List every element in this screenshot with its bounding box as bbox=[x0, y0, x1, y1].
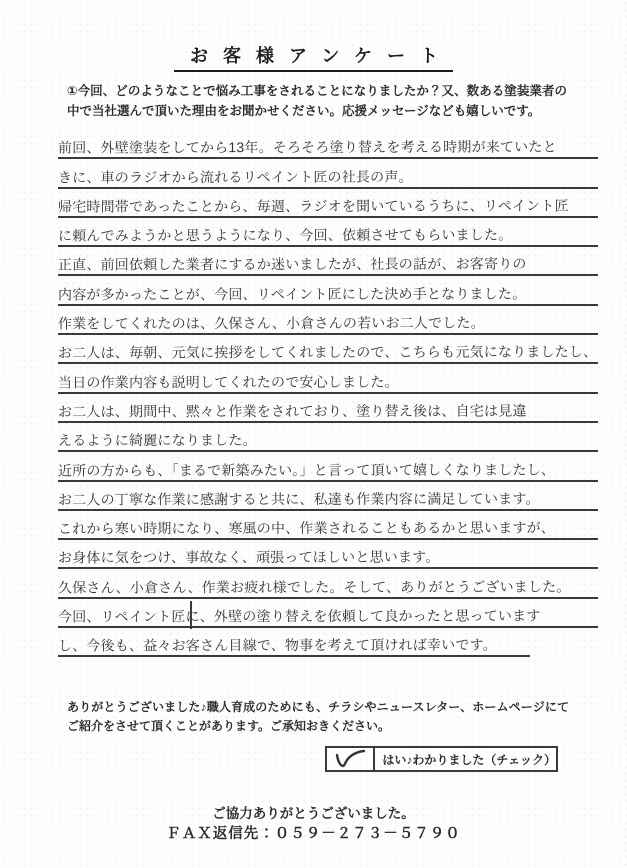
handwritten-line: 近所の方からも、「まるで新築みたい。」と言って頂いて嬉しくなりましたし、 bbox=[58, 452, 598, 481]
handwritten-line: えるように綺麗になりました。 bbox=[58, 423, 598, 452]
handwritten-text: きに、車のラジオから流れるリペイント匠の社長の声。 bbox=[58, 169, 413, 187]
handwritten-text: 近所の方からも、「まるで新築みたい。」と言って頂いて嬉しくなりましたし、 bbox=[58, 462, 555, 480]
handwritten-text: お二人は、期間中、黙々と作業をされており、塗り替え後は、自宅は見違 bbox=[58, 403, 527, 421]
handwritten-text: 帰宅時間帯であったことから、毎週、ラジオを聞いているうちに、リペイント匠 bbox=[58, 198, 569, 216]
handwritten-line: お身体に気をつけ、事故なく、頑張ってほしいと思います。 bbox=[58, 540, 598, 569]
handwritten-line: 当日の作業内容も説明してくれたので安心しました。 bbox=[58, 364, 598, 393]
notice-text: ありがとうございました♪職人育成のためにも、チラシやニュースレター、ホームページ… bbox=[67, 698, 569, 736]
handwritten-check-icon bbox=[333, 749, 367, 769]
handwritten-line: 作業をしてくれたのは、久保さん、小倉さんの若いお二人でした。 bbox=[58, 306, 598, 335]
answer-area[interactable]: 前回、外壁塗装をしてから13年。そろそろ塗り替えを考える時期が来ていたと きに、… bbox=[58, 130, 598, 657]
handwritten-text: 正直、前回依頼した業者にするか迷いましたが、社長の話が、お客寄りの bbox=[58, 257, 527, 275]
page-title: お客様アンケート bbox=[174, 42, 453, 72]
page-title-row: お客様アンケート bbox=[0, 42, 627, 72]
handwritten-text: に頼んでみようかと思うようになり、今回、依頼させてもらいました。 bbox=[58, 228, 512, 246]
handwritten-line: 帰宅時間帯であったことから、毎週、ラジオを聞いているうちに、リペイント匠 bbox=[58, 189, 598, 218]
handwritten-text: し、今後も、益々お客さん目線で、物事を考えて頂ければ幸いです。 bbox=[58, 638, 497, 656]
closing-thanks: ご協力ありがとうございました。 bbox=[0, 802, 627, 822]
handwritten-text: 今回、リペイント匠に、外壁の塗り替えを依頼して良かったと思っています bbox=[58, 609, 541, 627]
handwritten-line: 内容が多かったことが、今回、リペイント匠にした決め手となりました。 bbox=[58, 276, 598, 305]
handwritten-text: お二人の丁寧な作業に感謝すると共に、私達も作業内容に満足しています。 bbox=[58, 491, 540, 509]
handwritten-line: これから寒い時期になり、寒風の中、作業されることもあるかと思いますが、 bbox=[58, 511, 598, 540]
handwritten-line: 正直、前回依頼した業者にするか迷いましたが、社長の話が、お客寄りの bbox=[58, 247, 598, 276]
handwritten-text: お身体に気をつけ、事故なく、頑張ってほしいと思います。 bbox=[58, 550, 439, 568]
acknowledge-checkbox[interactable] bbox=[327, 748, 375, 770]
handwritten-line: お二人の丁寧な作業に感謝すると共に、私達も作業内容に満足しています。 bbox=[58, 482, 598, 511]
scan-artifact-line bbox=[190, 601, 192, 629]
handwritten-line: 前回、外壁塗装をしてから13年。そろそろ塗り替えを考える時期が来ていたと bbox=[58, 130, 598, 159]
handwritten-text: 前回、外壁塗装をしてから13年。そろそろ塗り替えを考える時期が来ていたと bbox=[58, 140, 557, 158]
acknowledge-checkbox-row: はい♪わかりました（チェック） bbox=[325, 746, 558, 772]
handwritten-text: 内容が多かったことが、今回、リペイント匠にした決め手となりました。 bbox=[58, 286, 526, 304]
acknowledge-label: はい♪わかりました（チェック） bbox=[375, 748, 556, 770]
handwritten-line: お二人は、期間中、黙々と作業をされており、塗り替え後は、自宅は見違 bbox=[58, 394, 598, 423]
survey-sheet: お客様アンケート ①今回、どのようなことで悩み工事をされることになりましたか？又… bbox=[0, 0, 627, 868]
handwritten-line: きに、車のラジオから流れるリペイント匠の社長の声。 bbox=[58, 159, 598, 188]
handwritten-line: 今回、リペイント匠に、外壁の塗り替えを依頼して良かったと思っています bbox=[58, 599, 598, 628]
handwritten-text: 当日の作業内容も説明してくれたので安心しました。 bbox=[58, 374, 399, 392]
handwritten-line: し、今後も、益々お客さん目線で、物事を考えて頂ければ幸いです。 bbox=[58, 628, 530, 657]
handwritten-line: お二人は、毎朝、元気に挨拶をしてくれましたので、こちらも元気になりましたし、 bbox=[58, 335, 598, 364]
handwritten-text: 久保さん、小倉さん、作業お疲れ様でした。そして、ありがとうございました。 bbox=[58, 579, 571, 597]
question-text: ①今回、どのようなことで悩み工事をされることになりましたか？又、数ある塗装業者の… bbox=[67, 82, 567, 122]
handwritten-text: 作業をしてくれたのは、久保さん、小倉さんの若いお二人でした。 bbox=[58, 316, 485, 334]
handwritten-text: これから寒い時期になり、寒風の中、作業されることもあるかと思いますが、 bbox=[58, 521, 555, 539]
fax-return-number: ＦＡＸ返信先：０５９－２７３－５７９０ bbox=[0, 822, 627, 843]
handwritten-line: に頼んでみようかと思うようになり、今回、依頼させてもらいました。 bbox=[58, 218, 598, 247]
handwritten-line: 久保さん、小倉さん、作業お疲れ様でした。そして、ありがとうございました。 bbox=[58, 569, 598, 598]
handwritten-text: お二人は、毎朝、元気に挨拶をしてくれましたので、こちらも元気になりましたし、 bbox=[58, 345, 597, 363]
handwritten-text: えるように綺麗になりました。 bbox=[58, 433, 257, 450]
